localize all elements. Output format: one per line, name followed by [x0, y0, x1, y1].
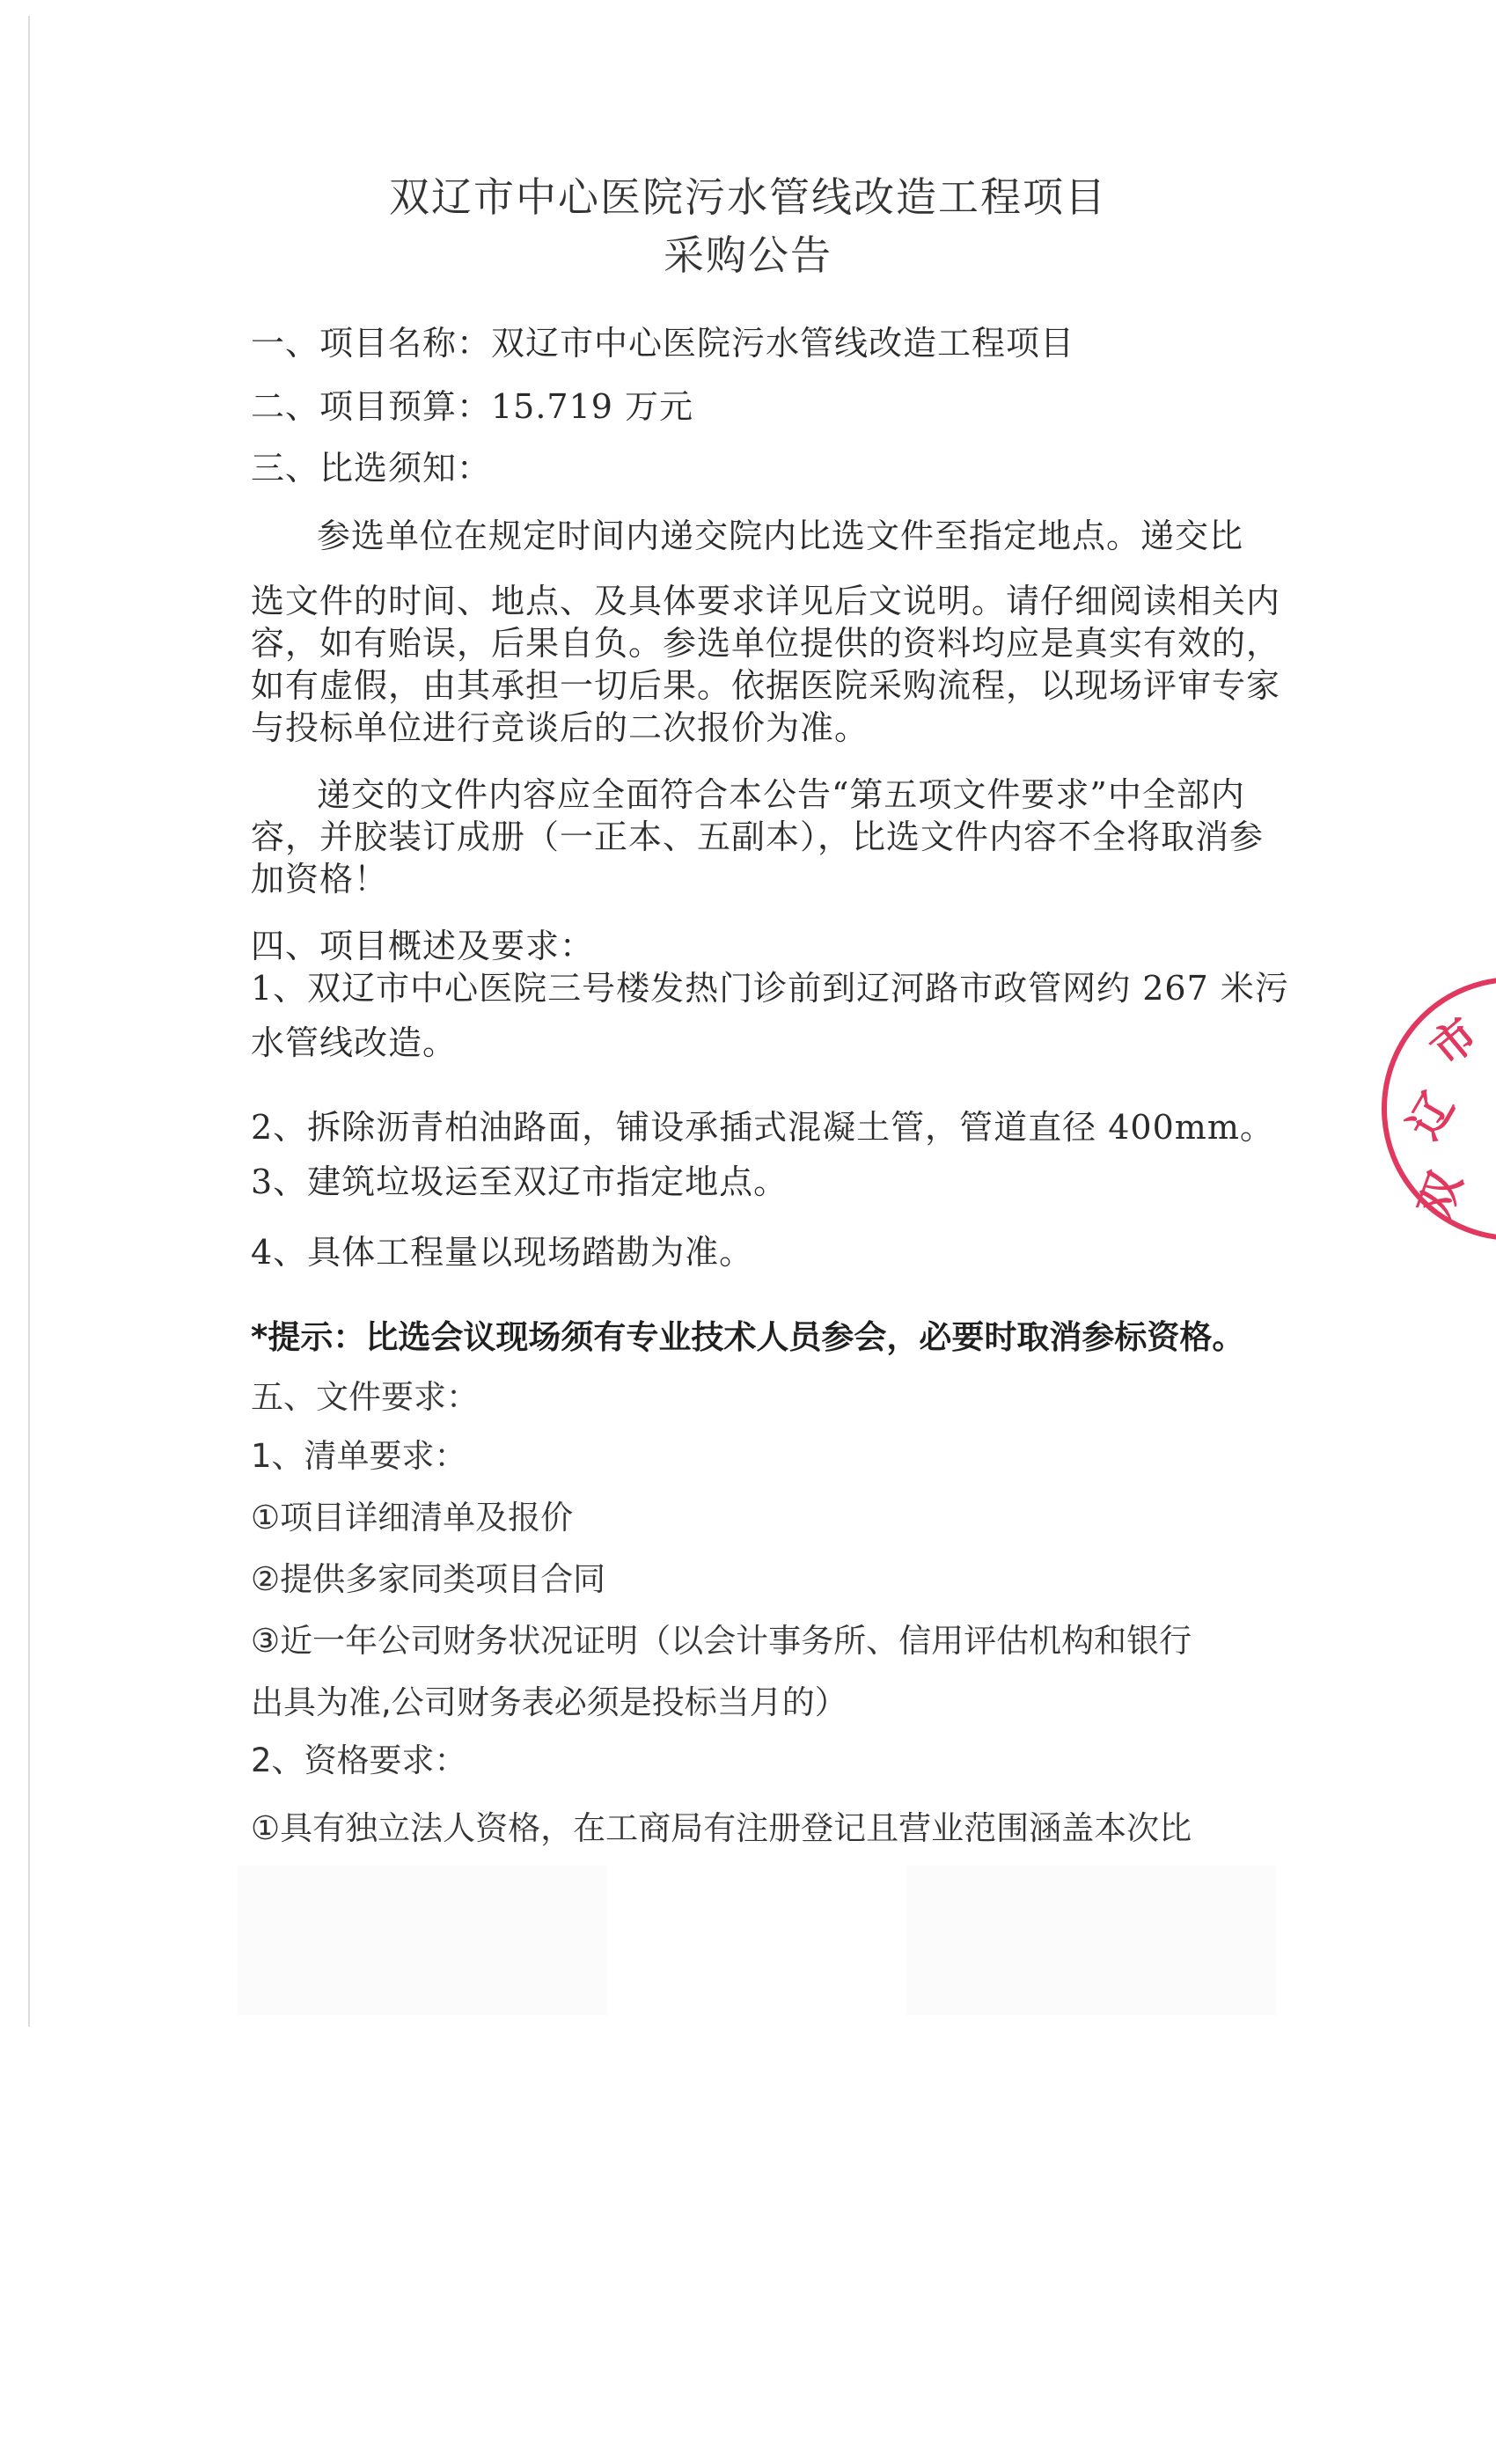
section-heading-documents: 五、文件要求：	[251, 1377, 479, 1418]
section-heading-overview: 四、项目概述及要求：	[251, 926, 594, 966]
section-heading-notice: 三、比选须知：	[251, 448, 491, 488]
document-subtitle: 采购公告	[0, 231, 1496, 280]
scan-artifact	[906, 1866, 1276, 2015]
section-project-name: 一、项目名称：双辽市中心医院污水管线改造工程项目	[251, 323, 1074, 363]
subsection-heading: 2、资格要求：	[251, 1741, 467, 1781]
paragraph-line: 容，并胶装订成册（一正本、五副本），比选文件内容不全将取消参	[251, 817, 1264, 857]
scan-artifact	[238, 1866, 607, 2015]
list-item: 1、双辽市中心医院三号楼发热门诊前到辽河路市政管网约 267 米污	[251, 968, 1289, 1008]
list-item: 水管线改造。	[251, 1023, 457, 1063]
list-item: ①项目详细清单及报价	[251, 1498, 573, 1538]
paragraph-line: 递交的文件内容应全面符合本公告“第五项文件要求”中全部内	[317, 774, 1245, 815]
scan-page-edge	[28, 16, 30, 2027]
list-item: 2、拆除沥青柏油路面，铺设承插式混凝土管，管道直径 400mm。	[251, 1107, 1274, 1148]
paragraph-line: 与投标单位进行竞谈后的二次报价为准。	[251, 708, 869, 748]
list-item: ①具有独立法人资格，在工商局有注册登记且营业范围涵盖本次比	[251, 1808, 1192, 1849]
paragraph-line: 参选单位在规定时间内递交院内比选文件至指定地点。递交比	[317, 516, 1243, 556]
section-project-budget: 二、项目预算：15.719 万元	[251, 386, 693, 427]
list-item: 4、具体工程量以现场踏勘为准。	[251, 1232, 753, 1272]
list-item: 出具为准,公司财务表必须是投标当月的）	[251, 1683, 847, 1723]
list-item: ②提供多家同类项目合同	[251, 1559, 605, 1600]
list-item: 3、建筑垃圾运至双辽市指定地点。	[251, 1162, 788, 1202]
tip-notice: *提示：比选会议现场须有专业技术人员参会，必要时取消参标资格。	[251, 1317, 1244, 1358]
paragraph-line: 容，如有贻误，后果自负。参选单位提供的资料均应是真实有效的，	[251, 623, 1280, 664]
list-item: ③近一年公司财务状况证明（以会计事务所、信用评估机构和银行	[251, 1621, 1192, 1661]
paragraph-line: 加资格！	[251, 859, 388, 899]
subsection-heading: 1、清单要求：	[251, 1436, 467, 1477]
paragraph-line: 如有虚假，由其承担一切后果。依据医院采购流程，以现场评审专家	[251, 665, 1280, 706]
document-title: 双辽市中心医院污水管线改造工程项目	[0, 172, 1496, 222]
paragraph-line: 选文件的时间、地点、及具体要求详见后文说明。请仔细阅读相关内	[251, 581, 1280, 621]
